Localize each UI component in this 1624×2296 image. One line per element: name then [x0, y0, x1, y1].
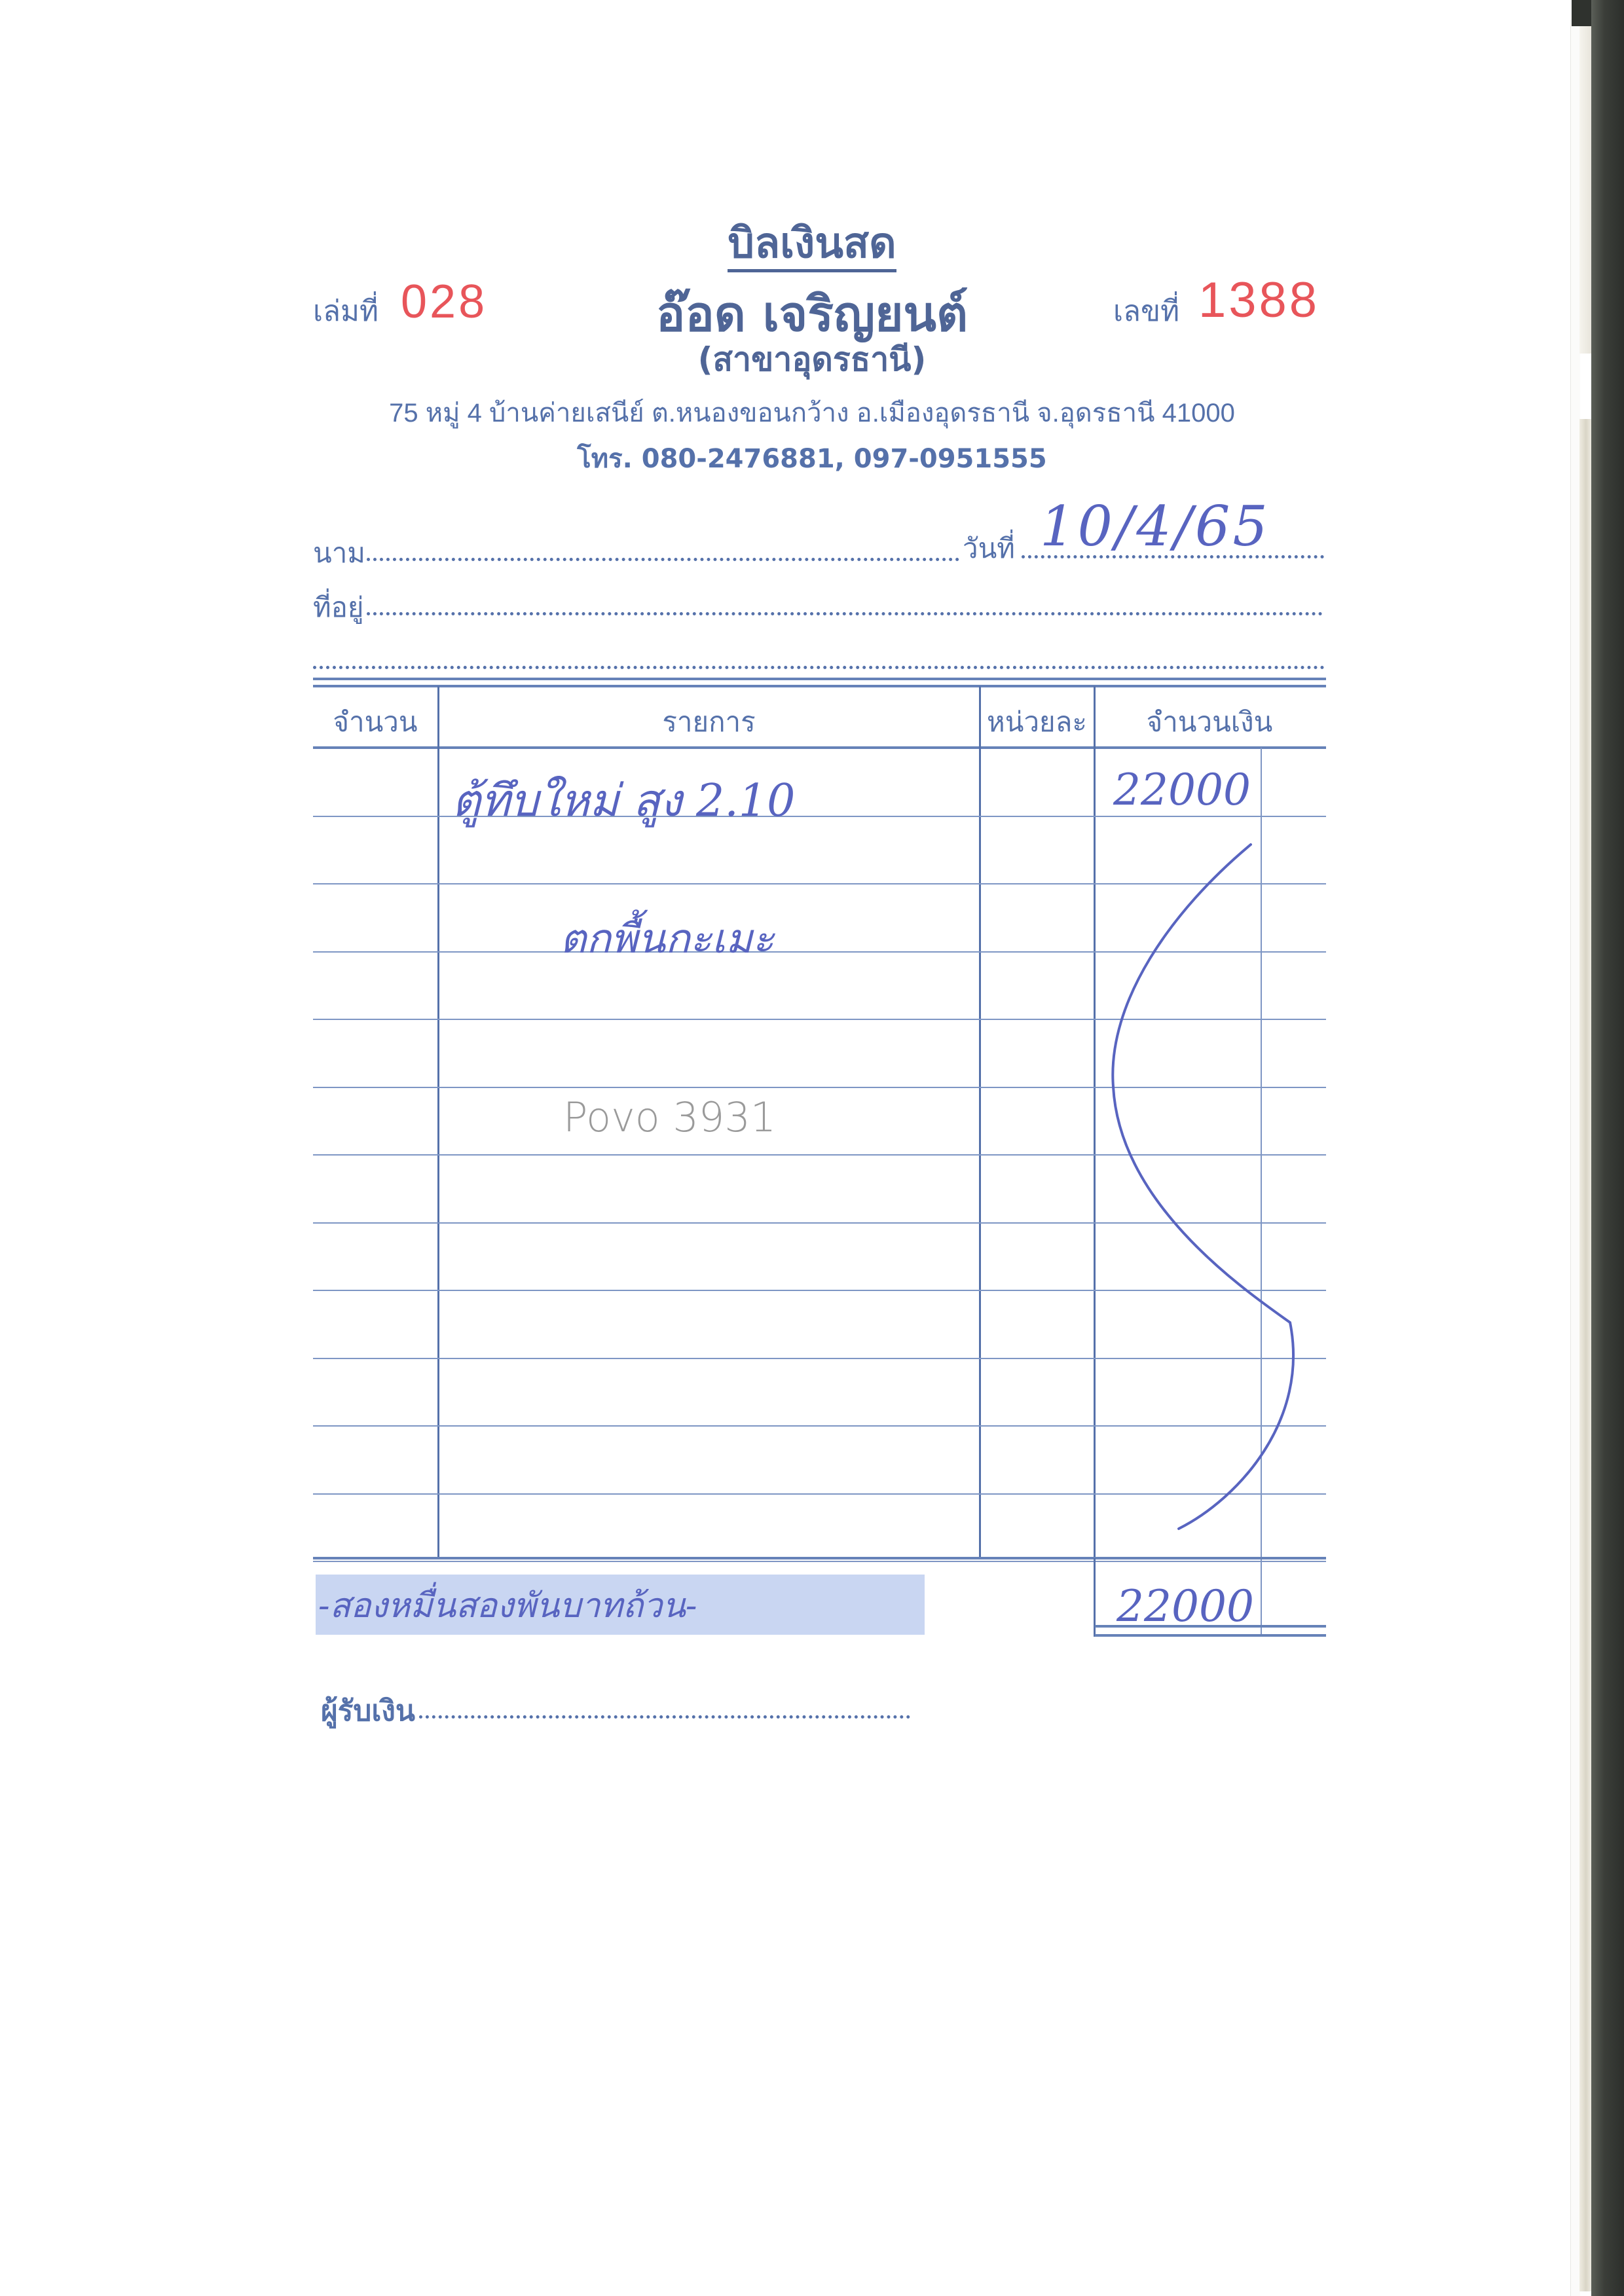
col-divider-item — [979, 686, 981, 1559]
table-bottom-rule — [313, 1557, 1326, 1559]
book-number: 028 — [401, 275, 487, 329]
total-underline — [1095, 1625, 1326, 1628]
receiver-signature-field[interactable] — [419, 1715, 910, 1719]
col-divider-qty — [437, 686, 439, 1559]
column-header-item: รายการ — [439, 701, 979, 744]
branch-name: (สาขาอุดรธานี) — [0, 334, 1624, 386]
name-field[interactable] — [367, 558, 959, 561]
table-top-rule-2 — [313, 685, 1326, 687]
receiver-label: ผู้รับเงิน — [321, 1688, 415, 1734]
date-value: 10/4/65 — [1040, 494, 1270, 558]
total-underline-2 — [1095, 1634, 1326, 1637]
address-field[interactable] — [367, 612, 1323, 615]
table-row-4-note: Povo 3931 — [563, 1093, 776, 1141]
name-label: นาม — [313, 532, 365, 575]
total-amount: 22000 — [1116, 1581, 1254, 1631]
shop-phone: โทร. 080-2476881, 097-0951555 — [0, 437, 1624, 479]
table-row-1-item: ตู้ทึบใหม่ สูง 2.10 — [452, 765, 795, 835]
binding-strip — [1579, 419, 1593, 2291]
void-strike-curve — [1094, 746, 1329, 1565]
column-header-amount: จำนวนเงิน — [1095, 701, 1324, 744]
date-label: วันที่ — [963, 527, 1015, 570]
table-top-rule — [313, 678, 1326, 680]
table-row-2-item: ตกพื้นกะเมะ — [560, 907, 774, 971]
address-field-line-2[interactable] — [313, 666, 1325, 669]
shop-address: 75 หมู่ 4 บ้านค่ายเสนีย์ ต.หนองขอนกว้าง … — [0, 392, 1624, 433]
receipt-number-label: เลขที่ — [1113, 288, 1179, 334]
total-in-words: -สองหมื่นสองพันบาทถ้วน- — [318, 1578, 697, 1632]
column-header-qty: จำนวน — [313, 701, 437, 744]
column-header-unit-price: หน่วยละ — [980, 701, 1094, 744]
address-label: ที่อยู่ — [313, 586, 364, 629]
document-title: บิลเงินสด — [0, 210, 1624, 276]
book-label: เล่มที่ — [313, 288, 378, 334]
title-text: บิลเงินสด — [728, 219, 896, 272]
receipt-number: 1388 — [1198, 272, 1319, 329]
